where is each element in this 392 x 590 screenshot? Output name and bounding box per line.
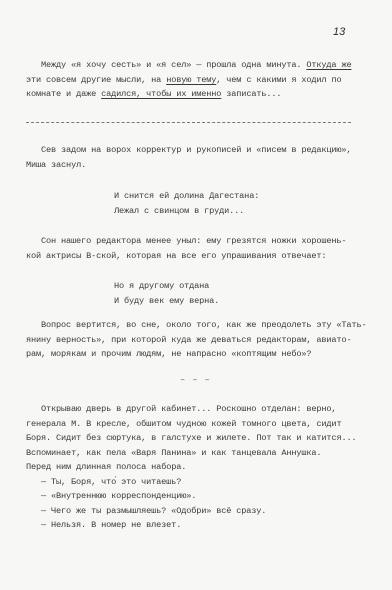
text-line: Сон нашего редактора менее уныл: ему гре… bbox=[26, 234, 352, 249]
text-line: кой актрисы В-ской, которая на все его у… bbox=[26, 249, 352, 264]
dialogue-line: — Нельзя. В номер не влезет. bbox=[26, 518, 352, 533]
verse-line: Но я другому отдана bbox=[114, 279, 219, 294]
paragraph-2: Сев задом на ворох корректур и рукописей… bbox=[26, 143, 352, 172]
dialogue-line: — Чего же ты размышляешь? «Одобри» всё с… bbox=[26, 504, 352, 519]
text-line: янину верность», при которой куда же дев… bbox=[26, 333, 352, 348]
paragraph-4: Вопрос вертится, во сне, около того, как… bbox=[26, 318, 352, 362]
dialogue-line: — «Внутреннюю корреспонденцию». bbox=[26, 489, 352, 504]
underlined-text: Откуда же bbox=[306, 60, 351, 70]
dialogue-line: — Ты, Боря, что́ это читаешь? bbox=[26, 475, 352, 490]
text-line: генерала М. В кресле, обшитом чудною кож… bbox=[26, 417, 352, 432]
text: записать... bbox=[221, 89, 281, 99]
verse-line: И снится ей долина Дагестана: bbox=[114, 189, 259, 204]
section-separator: – – – bbox=[180, 375, 211, 385]
text-line: Боря. Сидит без сюртука, в галстухе и жи… bbox=[26, 431, 352, 446]
verse-2: Но я другому отдана И буду век ему верна… bbox=[114, 279, 219, 308]
verse-line: Лежал с свинцом в груди... bbox=[114, 204, 259, 219]
text-line: Открываю дверь в другой кабинет... Роско… bbox=[26, 402, 352, 417]
text: Между «я хочу сесть» и «я сел» — прошла … bbox=[41, 60, 306, 70]
book-page: 13 Между «я хочу сесть» и «я сел» — прош… bbox=[0, 0, 392, 590]
text-line: рам, морякам и прочим людям, не напрасно… bbox=[26, 347, 352, 362]
text-line: Вспоминает, как пела «Варя Панина» и как… bbox=[26, 446, 352, 461]
paragraph-5: Открываю дверь в другой кабинет... Роско… bbox=[26, 402, 352, 533]
text-line: Сев задом на ворох корректур и рукописей… bbox=[26, 143, 352, 158]
paragraph-3: Сон нашего редактора менее уныл: ему гре… bbox=[26, 234, 352, 263]
verse-1: И снится ей долина Дагестана: Лежал с св… bbox=[114, 189, 259, 218]
text-line: Миша заснул. bbox=[26, 158, 352, 173]
text-line: Вопрос вертится, во сне, около того, как… bbox=[26, 318, 352, 333]
verse-line: И буду век ему верна. bbox=[114, 294, 219, 309]
text: , чем с какими я ходил по bbox=[216, 75, 341, 85]
page-number: 13 bbox=[333, 26, 345, 38]
text: эти совсем другие мысли, на bbox=[26, 75, 166, 85]
paragraph-1: Между «я хочу сесть» и «я сел» — прошла … bbox=[26, 58, 352, 102]
underlined-text: новую тему bbox=[166, 75, 216, 85]
text: комнате и даже bbox=[26, 89, 101, 99]
dashed-separator bbox=[26, 122, 351, 123]
text-line: Перед ним длинная полоса набора. bbox=[26, 460, 352, 475]
underlined-text: садился, чтобы их именно bbox=[101, 89, 221, 99]
